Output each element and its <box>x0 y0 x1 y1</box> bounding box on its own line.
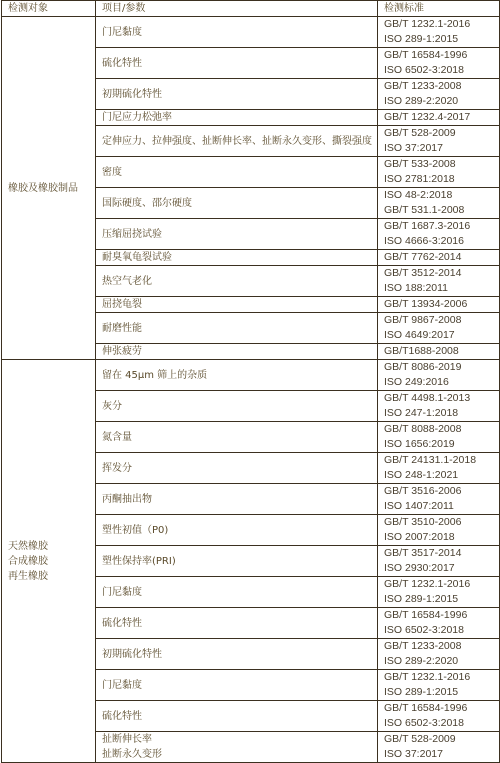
item-parameter-cell: 塑性初值（P0) <box>96 515 378 546</box>
item-parameter-label: 氮含量 <box>102 430 377 445</box>
standard-code: ISO 2930:2017 <box>384 561 499 576</box>
standard-code: GB/T 531.1-2008 <box>384 203 499 218</box>
item-parameter-cell: 硫化特性 <box>96 701 378 732</box>
standard-code: ISO 289-2:2020 <box>384 654 499 669</box>
item-parameter-cell: 塑性保持率(PRI) <box>96 546 378 577</box>
item-parameter-cell: 伸张疲劳 <box>96 344 378 360</box>
standard-code: ISO 289-1:2015 <box>384 592 499 607</box>
standard-code: ISO 4649:2017 <box>384 328 499 343</box>
item-parameter-label: 丙酮抽出物 <box>102 492 377 507</box>
item-parameter-cell: 密度 <box>96 157 378 188</box>
standard-code: GB/T 1232.4-2017 <box>384 110 499 125</box>
standard-code: ISO 247-1:2018 <box>384 406 499 421</box>
standard-code: ISO 2781:2018 <box>384 172 499 187</box>
test-standard-cell: GB/T 533-2008ISO 2781:2018 <box>378 157 500 188</box>
test-standard-cell: GB/T 8088-2008ISO 1656:2019 <box>378 422 500 453</box>
item-parameter-cell: 门尼黏度 <box>96 577 378 608</box>
test-standards-table: 检测对象 项目/参数 检测标准 橡胶及橡胶制品门尼黏度GB/T 1232.1-2… <box>1 0 500 762</box>
test-standard-cell: GB/T 16584-1996ISO 6502-3:2018 <box>378 48 500 79</box>
standard-code: ISO 6502-3:2018 <box>384 716 499 731</box>
item-parameter-label: 硫化特性 <box>102 709 377 724</box>
item-parameter-cell: 丙酮抽出物 <box>96 484 378 515</box>
test-object-label: 再生橡胶 <box>8 569 95 584</box>
test-standard-cell: GB/T 528-2009ISO 37:2017 <box>378 126 500 157</box>
standard-code: ISO 249:2016 <box>384 375 499 390</box>
header-test-standard: 检测标准 <box>378 1 500 17</box>
test-standard-cell: GB/T 1232.1-2016ISO 289-1:2015 <box>378 670 500 701</box>
item-parameter-cell: 灰分 <box>96 391 378 422</box>
test-standard-cell: GB/T 4498.1-2013ISO 247-1:2018 <box>378 391 500 422</box>
item-parameter-label: 伸张疲劳 <box>102 344 377 359</box>
standard-code: GB/T 7762-2014 <box>384 250 499 265</box>
standard-code: ISO 289-1:2015 <box>384 32 499 47</box>
item-parameter-label: 耐磨性能 <box>102 321 377 336</box>
standard-code: ISO 248-1:2021 <box>384 468 499 483</box>
standard-code: ISO 2007:2018 <box>384 530 499 545</box>
test-standard-cell: GB/T 1233-2008ISO 289-2:2020 <box>378 639 500 670</box>
table-row: 橡胶及橡胶制品门尼黏度GB/T 1232.1-2016ISO 289-1:201… <box>2 17 500 48</box>
standard-code: GB/T 16584-1996 <box>384 48 499 63</box>
item-parameter-label: 门尼黏度 <box>102 585 377 600</box>
test-standard-cell: GB/T 13934-2006 <box>378 297 500 313</box>
item-parameter-cell: 耐磨性能 <box>96 313 378 344</box>
test-standard-cell: GB/T 24131.1-2018ISO 248-1:2021 <box>378 453 500 484</box>
item-parameter-cell: 氮含量 <box>96 422 378 453</box>
item-parameter-cell: 硫化特性 <box>96 48 378 79</box>
item-parameter-cell: 挥发分 <box>96 453 378 484</box>
item-parameter-cell: 门尼应力松弛率 <box>96 110 378 126</box>
standard-code: ISO 289-2:2020 <box>384 94 499 109</box>
test-standard-cell: GB/T 8086-2019ISO 249:2016 <box>378 360 500 391</box>
test-standard-cell: GB/T 1232.4-2017 <box>378 110 500 126</box>
table-body: 橡胶及橡胶制品门尼黏度GB/T 1232.1-2016ISO 289-1:201… <box>2 17 500 763</box>
item-parameter-label: 硫化特性 <box>102 616 377 631</box>
standard-code: ISO 289-1:2015 <box>384 685 499 700</box>
standard-code: GB/T 4498.1-2013 <box>384 391 499 406</box>
item-parameter-label: 灰分 <box>102 399 377 414</box>
item-parameter-label: 塑性保持率(PRI) <box>102 554 377 569</box>
test-object-cell: 橡胶及橡胶制品 <box>2 17 96 360</box>
header-row: 检测对象 项目/参数 检测标准 <box>2 1 500 17</box>
item-parameter-cell: 扯断伸长率扯断永久变形 <box>96 732 378 763</box>
standard-code: ISO 1656:2019 <box>384 437 499 452</box>
test-standard-cell: GB/T 1233-2008ISO 289-2:2020 <box>378 79 500 110</box>
test-standard-cell: GB/T 1232.1-2016ISO 289-1:2015 <box>378 17 500 48</box>
standard-code: ISO 37:2017 <box>384 141 499 156</box>
item-parameter-label: 国际硬度、邵尔硬度 <box>102 196 377 211</box>
item-parameter-label: 挥发分 <box>102 461 377 476</box>
test-object-label: 合成橡胶 <box>8 554 95 569</box>
standard-code: ISO 1407:2011 <box>384 499 499 514</box>
test-object-cell: 天然橡胶合成橡胶再生橡胶 <box>2 360 96 763</box>
standard-code: ISO 48-2:2018 <box>384 188 499 203</box>
test-object-label: 天然橡胶 <box>8 539 95 554</box>
item-parameter-label: 初期硫化特性 <box>102 87 377 102</box>
item-parameter-cell: 门尼黏度 <box>96 17 378 48</box>
item-parameter-cell: 门尼黏度 <box>96 670 378 701</box>
standard-code: GB/T 13934-2006 <box>384 297 499 312</box>
item-parameter-label: 扯断伸长率 <box>102 732 377 747</box>
standard-code: GB/T1688-2008 <box>384 344 499 359</box>
standard-code: GB/T 1687.3-2016 <box>384 219 499 234</box>
item-parameter-cell: 定伸应力、拉伸强度、扯断伸长率、扯断永久变形、撕裂强度 <box>96 126 378 157</box>
item-parameter-label: 门尼黏度 <box>102 25 377 40</box>
item-parameter-cell: 硫化特性 <box>96 608 378 639</box>
item-parameter-cell: 压缩屈挠试验 <box>96 219 378 250</box>
test-standard-cell: GB/T 3516-2006ISO 1407:2011 <box>378 484 500 515</box>
standard-code: GB/T 1232.1-2016 <box>384 670 499 685</box>
test-standard-cell: GB/T 3517-2014ISO 2930:2017 <box>378 546 500 577</box>
item-parameter-cell: 耐臭氧龟裂试验 <box>96 250 378 266</box>
test-standard-cell: GB/T 1232.1-2016ISO 289-1:2015 <box>378 577 500 608</box>
standard-code: GB/T 9867-2008 <box>384 313 499 328</box>
standard-code: GB/T 528-2009 <box>384 126 499 141</box>
standard-code: GB/T 1233-2008 <box>384 79 499 94</box>
test-standard-cell: GB/T 1687.3-2016ISO 4666-3:2016 <box>378 219 500 250</box>
item-parameter-cell: 屈挠龟裂 <box>96 297 378 313</box>
standard-code: ISO 37:2017 <box>384 747 499 762</box>
standard-code: GB/T 8086-2019 <box>384 360 499 375</box>
item-parameter-cell: 初期硫化特性 <box>96 639 378 670</box>
test-standard-cell: GB/T 16584-1996ISO 6502-3:2018 <box>378 608 500 639</box>
standard-code: ISO 4666-3:2016 <box>384 234 499 249</box>
test-object-label: 橡胶及橡胶制品 <box>8 181 95 196</box>
item-parameter-cell: 热空气老化 <box>96 266 378 297</box>
standard-code: ISO 188:2011 <box>384 281 499 296</box>
header-test-object: 检测对象 <box>2 1 96 17</box>
standard-code: GB/T 1232.1-2016 <box>384 577 499 592</box>
standard-code: GB/T 16584-1996 <box>384 701 499 716</box>
item-parameter-label: 留在 45μm 筛上的杂质 <box>102 368 377 383</box>
test-standard-cell: GB/T 9867-2008ISO 4649:2017 <box>378 313 500 344</box>
item-parameter-cell: 初期硫化特性 <box>96 79 378 110</box>
test-standard-cell: GB/T 3512-2014ISO 188:2011 <box>378 266 500 297</box>
item-parameter-label: 耐臭氧龟裂试验 <box>102 250 377 265</box>
test-standard-cell: ISO 48-2:2018GB/T 531.1-2008 <box>378 188 500 219</box>
item-parameter-label: 热空气老化 <box>102 274 377 289</box>
standard-code: GB/T 3510-2006 <box>384 515 499 530</box>
standard-code: GB/T 16584-1996 <box>384 608 499 623</box>
item-parameter-label: 初期硫化特性 <box>102 647 377 662</box>
header-item-parameter: 项目/参数 <box>96 1 378 17</box>
test-standard-cell: GB/T 16584-1996ISO 6502-3:2018 <box>378 701 500 732</box>
standard-code: GB/T 24131.1-2018 <box>384 453 499 468</box>
standard-code: ISO 6502-3:2018 <box>384 623 499 638</box>
item-parameter-label: 硫化特性 <box>102 56 377 71</box>
standard-code: GB/T 1232.1-2016 <box>384 17 499 32</box>
standard-code: GB/T 3512-2014 <box>384 266 499 281</box>
standard-code: GB/T 3516-2006 <box>384 484 499 499</box>
item-parameter-label: 门尼应力松弛率 <box>102 110 377 125</box>
table-row: 天然橡胶合成橡胶再生橡胶留在 45μm 筛上的杂质GB/T 8086-2019I… <box>2 360 500 391</box>
standard-code: GB/T 3517-2014 <box>384 546 499 561</box>
test-standard-cell: GB/T 528-2009ISO 37:2017 <box>378 732 500 763</box>
test-standard-cell: GB/T 3510-2006ISO 2007:2018 <box>378 515 500 546</box>
item-parameter-label: 屈挠龟裂 <box>102 297 377 312</box>
item-parameter-cell: 国际硬度、邵尔硬度 <box>96 188 378 219</box>
item-parameter-label: 门尼黏度 <box>102 678 377 693</box>
item-parameter-label: 塑性初值（P0) <box>102 523 377 538</box>
item-parameter-label: 扯断永久变形 <box>102 747 377 762</box>
item-parameter-label: 压缩屈挠试验 <box>102 227 377 242</box>
test-standard-cell: GB/T1688-2008 <box>378 344 500 360</box>
item-parameter-label: 定伸应力、拉伸强度、扯断伸长率、扯断永久变形、撕裂强度 <box>102 134 377 149</box>
standard-code: ISO 6502-3:2018 <box>384 63 499 78</box>
test-standard-cell: GB/T 7762-2014 <box>378 250 500 266</box>
standard-code: GB/T 528-2009 <box>384 732 499 747</box>
standard-code: GB/T 1233-2008 <box>384 639 499 654</box>
item-parameter-cell: 留在 45μm 筛上的杂质 <box>96 360 378 391</box>
item-parameter-label: 密度 <box>102 165 377 180</box>
standard-code: GB/T 8088-2008 <box>384 422 499 437</box>
standard-code: GB/T 533-2008 <box>384 157 499 172</box>
